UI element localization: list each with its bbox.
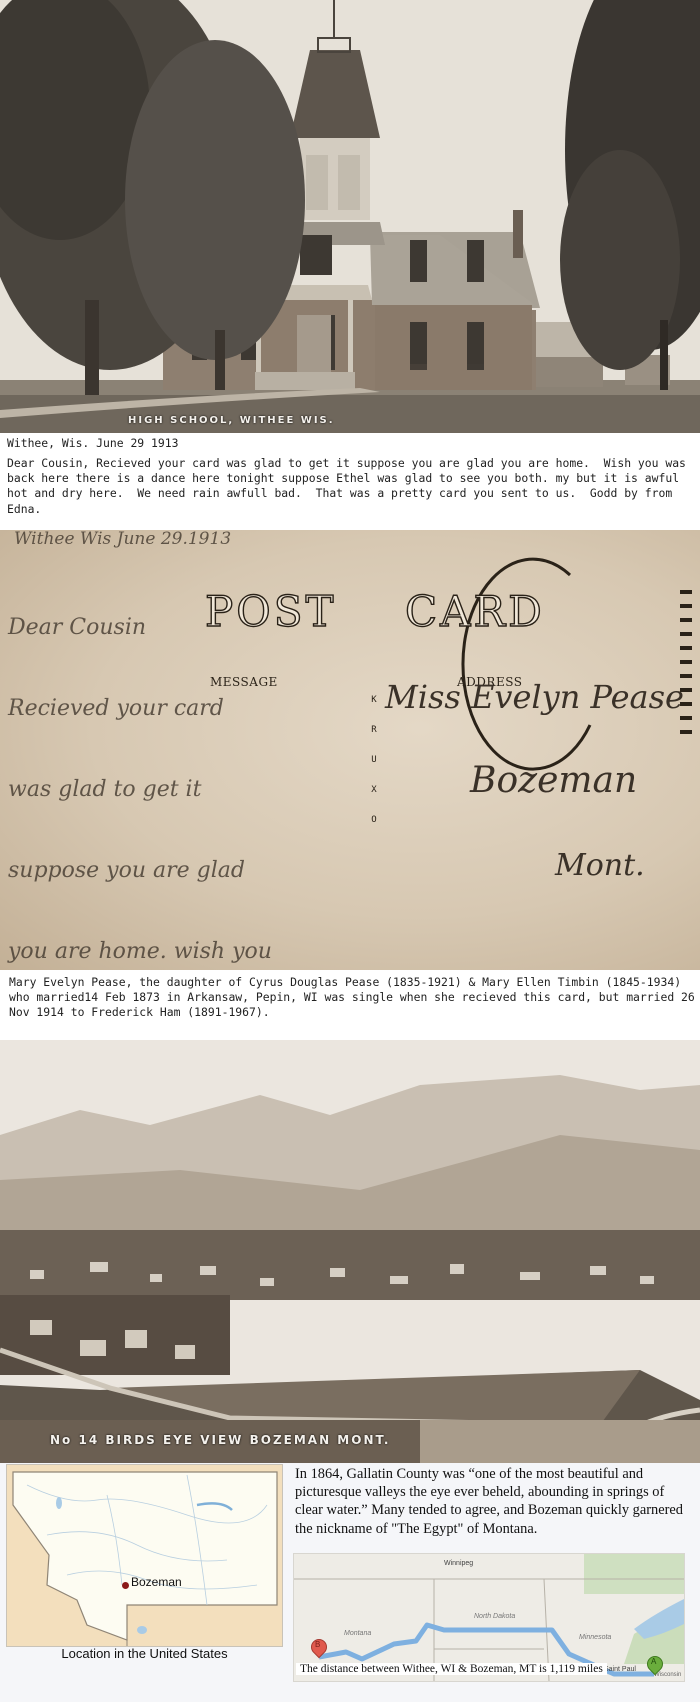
handwritten-message: Dear Cousin Recieved your card was glad … <box>8 560 368 970</box>
marker-a-label: A <box>651 1657 656 1666</box>
montana-map-caption: Location in the United States <box>6 1646 283 1661</box>
label-montana: Montana <box>344 1630 371 1637</box>
bozeman-marker-label: Bozeman <box>131 1575 182 1589</box>
postmark-icon <box>440 545 610 775</box>
distance-caption: The distance between Withee, WI & Bozema… <box>296 1663 607 1675</box>
bozeman-marker-icon <box>122 1582 129 1589</box>
postcard-back-image: POST CARD MESSAGE ADDRESS K R U X O With… <box>0 530 700 970</box>
high-school-photo: HIGH SCHOOL, WITHEE WIS. <box>0 0 700 433</box>
letter-date-heading: Withee, Wis. June 29 1913 <box>7 436 697 451</box>
cancellation-marks <box>680 590 692 740</box>
letter-transcription-body: Dear Cousin, Recieved your card was glad… <box>7 456 697 517</box>
bozeman-illustration <box>0 1040 700 1463</box>
marker-b-label: B <box>315 1640 320 1649</box>
address-state: Mont. <box>555 848 645 883</box>
school-photo-caption: HIGH SCHOOL, WITHEE WIS. <box>128 415 335 426</box>
gallatin-county-text: In 1864, Gallatin County was “one of the… <box>295 1465 685 1538</box>
address-city: Bozeman <box>470 760 637 801</box>
postcard-title-card: CARD <box>405 587 545 636</box>
montana-locator-map: Bozeman <box>6 1464 283 1647</box>
biography-text: Mary Evelyn Pease, the daughter of Cyrus… <box>9 975 699 1021</box>
bozeman-photo-caption: No 14 BIRDS EYE VIEW BOZEMAN MONT. <box>50 1433 390 1447</box>
bozeman-birds-eye-photo: No 14 BIRDS EYE VIEW BOZEMAN MONT. <box>0 1040 700 1463</box>
postcard-divider-letters: K R U X O <box>370 685 378 835</box>
montana-map-graphic <box>7 1465 282 1646</box>
label-north-dakota: North Dakota <box>474 1613 515 1620</box>
high-school-illustration <box>0 0 700 433</box>
address-recipient: Miss Evelyn Pease <box>385 678 684 716</box>
handwritten-date: Withee Wis June 29.1913 <box>14 530 231 553</box>
label-minnesota: Minnesota <box>579 1634 611 1641</box>
label-winnipeg: Winnipeg <box>444 1560 473 1567</box>
label-saint-paul: Saint Paul <box>604 1666 636 1673</box>
label-wisconsin: Wisconsin <box>654 1672 681 1678</box>
